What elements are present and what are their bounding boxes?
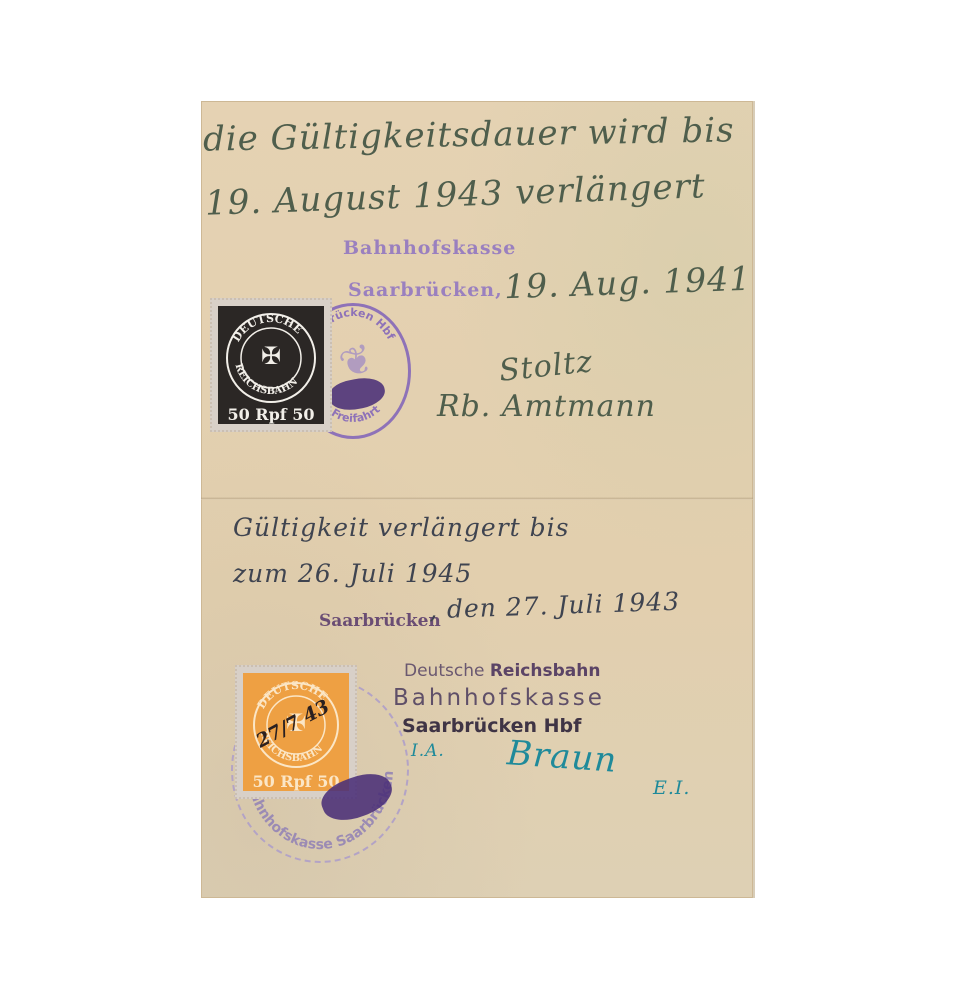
handwriting-extension-line2: zum 26. Juli 1945 (233, 559, 472, 588)
place-stamp-saarbruecken: Saarbrücken (319, 611, 441, 631)
signature-suffix: E.I. (653, 777, 690, 799)
official-title: Rb. Amtmann (437, 389, 656, 424)
signature-stoltz: Stoltz (497, 344, 594, 389)
office-stamp-line3: Saarbrücken Hbf (402, 715, 581, 737)
handwriting-validity-line1: die Gültigkeitsdauer wird bis (203, 110, 735, 159)
office-stamp-reichsbahn: Reichsbahn (490, 661, 601, 681)
office-stamp-line1: Deutsche Reichsbahn (404, 661, 600, 681)
postage-stamp-black: DEUTSCHE REICHSBAHN ✠ 50 Rpf 50 (210, 298, 332, 432)
handwriting-date-1943: , den 27. Juli 1943 (429, 587, 681, 625)
bahnhofskasse-stamp-line2: Saarbrücken, (348, 279, 503, 301)
fold-line (201, 497, 753, 500)
handwriting-date-1941: 19. Aug. 1941 (503, 259, 751, 307)
signature-braun: Braun (506, 733, 619, 781)
signature-prefix: I.A. (411, 741, 445, 761)
stamp-value: 50 Rpf 50 (227, 405, 314, 424)
document-page: die Gültigkeitsdauer wird bis 19. August… (201, 101, 753, 898)
bahnhofskasse-stamp-line1: Bahnhofskasse (343, 237, 516, 259)
office-stamp-line2: Bahnhofskasse (393, 685, 605, 711)
handwriting-validity-line2: 19. August 1943 verlängert (204, 166, 706, 223)
stamp-value: 50 Rpf 50 (252, 772, 339, 791)
office-stamp-deutsche: Deutsche (404, 661, 490, 681)
handwriting-extension-line1: Gültigkeit verlängert bis (233, 513, 570, 542)
